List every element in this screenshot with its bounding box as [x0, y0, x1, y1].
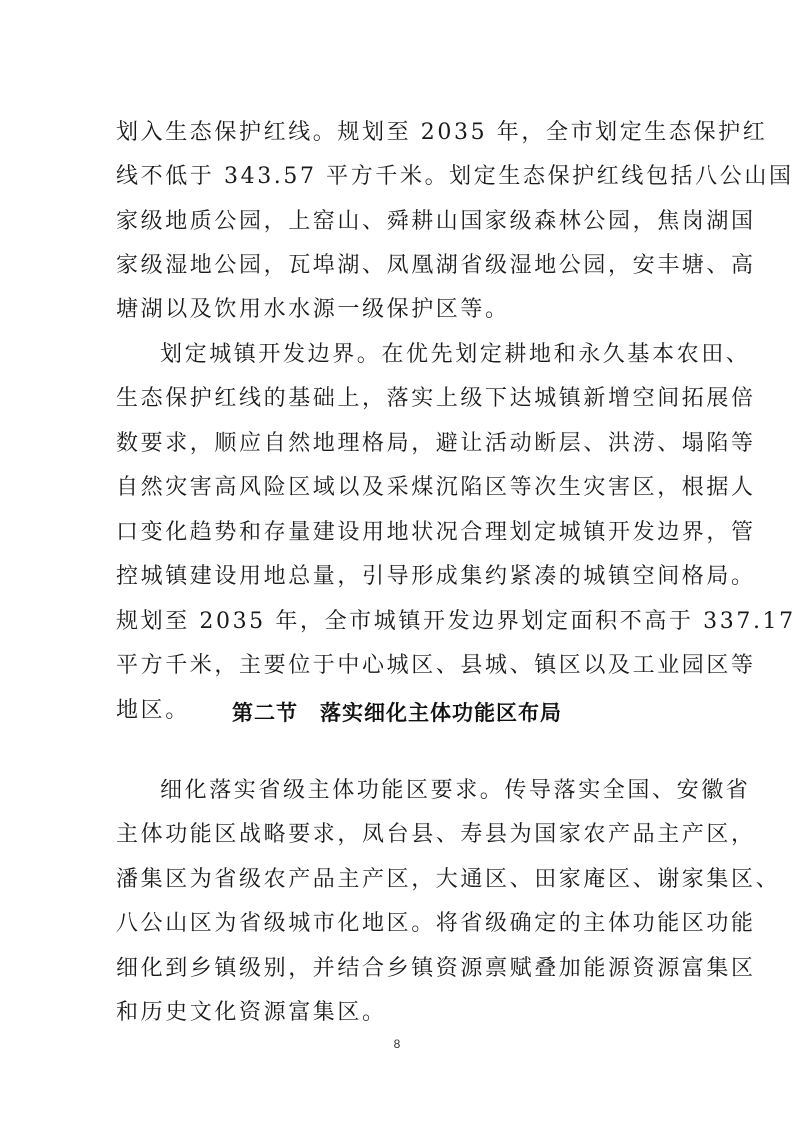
text-line: 平方千米，主要位于中心城区、县城、镇区以及工业园区等	[116, 651, 680, 681]
paragraph-text: 传导落实全国、安徽省	[504, 778, 750, 803]
text-line: 塘湖以及饮用水水源一级保护区等。	[116, 295, 680, 325]
paragraph-lead-phrase: 细化落实省级主体功能区要求。	[160, 778, 504, 803]
text-line: 八公山区为省级城市化地区。将省级确定的主体功能区功能	[116, 909, 680, 939]
text-line: 规划至 2035 年，全市城镇开发边界划定面积不高于 337.17	[116, 607, 680, 637]
paragraph-first-line: 细化落实省级主体功能区要求。传导落实全国、安徽省	[160, 776, 680, 806]
text-line: 主体功能区战略要求，凤台县、寿县为国家农产品主产区，	[116, 820, 680, 850]
page-number: 8	[0, 1037, 794, 1051]
text-line: 线不低于 343.57 平方千米。划定生态保护红线包括八公山国	[116, 162, 680, 192]
text-line: 和历史文化资源富集区。	[116, 998, 680, 1028]
text-line: 自然灾害高风险区域以及采煤沉陷区等次生灾害区，根据人	[116, 473, 680, 503]
text-line: 口变化趋势和存量建设用地状况合理划定城镇开发边界，管	[116, 518, 680, 548]
text-line: 控城镇建设用地总量，引导形成集约紧凑的城镇空间格局。	[116, 562, 680, 592]
paragraph-first-line: 划定城镇开发边界。在优先划定耕地和永久基本农田、	[160, 340, 680, 370]
text-line: 细化到乡镇级别，并结合乡镇资源禀赋叠加能源资源富集区	[116, 954, 680, 984]
text-line: 家级地质公园，上窑山、舜耕山国家级森林公园，焦岗湖国	[116, 207, 680, 237]
text-line: 数要求，顺应自然地理格局，避让活动断层、洪涝、塌陷等	[116, 429, 680, 459]
paragraph-text: 在优先划定耕地和永久基本农田、	[381, 342, 750, 367]
paragraph-lead-phrase: 划定城镇开发边界。	[160, 342, 381, 367]
document-page: 划入生态保护红线。规划至 2035 年，全市划定生态保护红 线不低于 343.5…	[0, 0, 794, 1122]
section-heading: 第二节 落实细化主体功能区布局	[0, 697, 794, 727]
text-line: 划入生态保护红线。规划至 2035 年，全市划定生态保护红	[116, 118, 680, 148]
text-line: 潘集区为省级农产品主产区，大通区、田家庵区、谢家集区、	[116, 865, 680, 895]
text-line: 生态保护红线的基础上，落实上级下达城镇新增空间拓展倍	[116, 384, 680, 414]
text-line: 家级湿地公园，瓦埠湖、凤凰湖省级湿地公园，安丰塘、高	[116, 251, 680, 281]
